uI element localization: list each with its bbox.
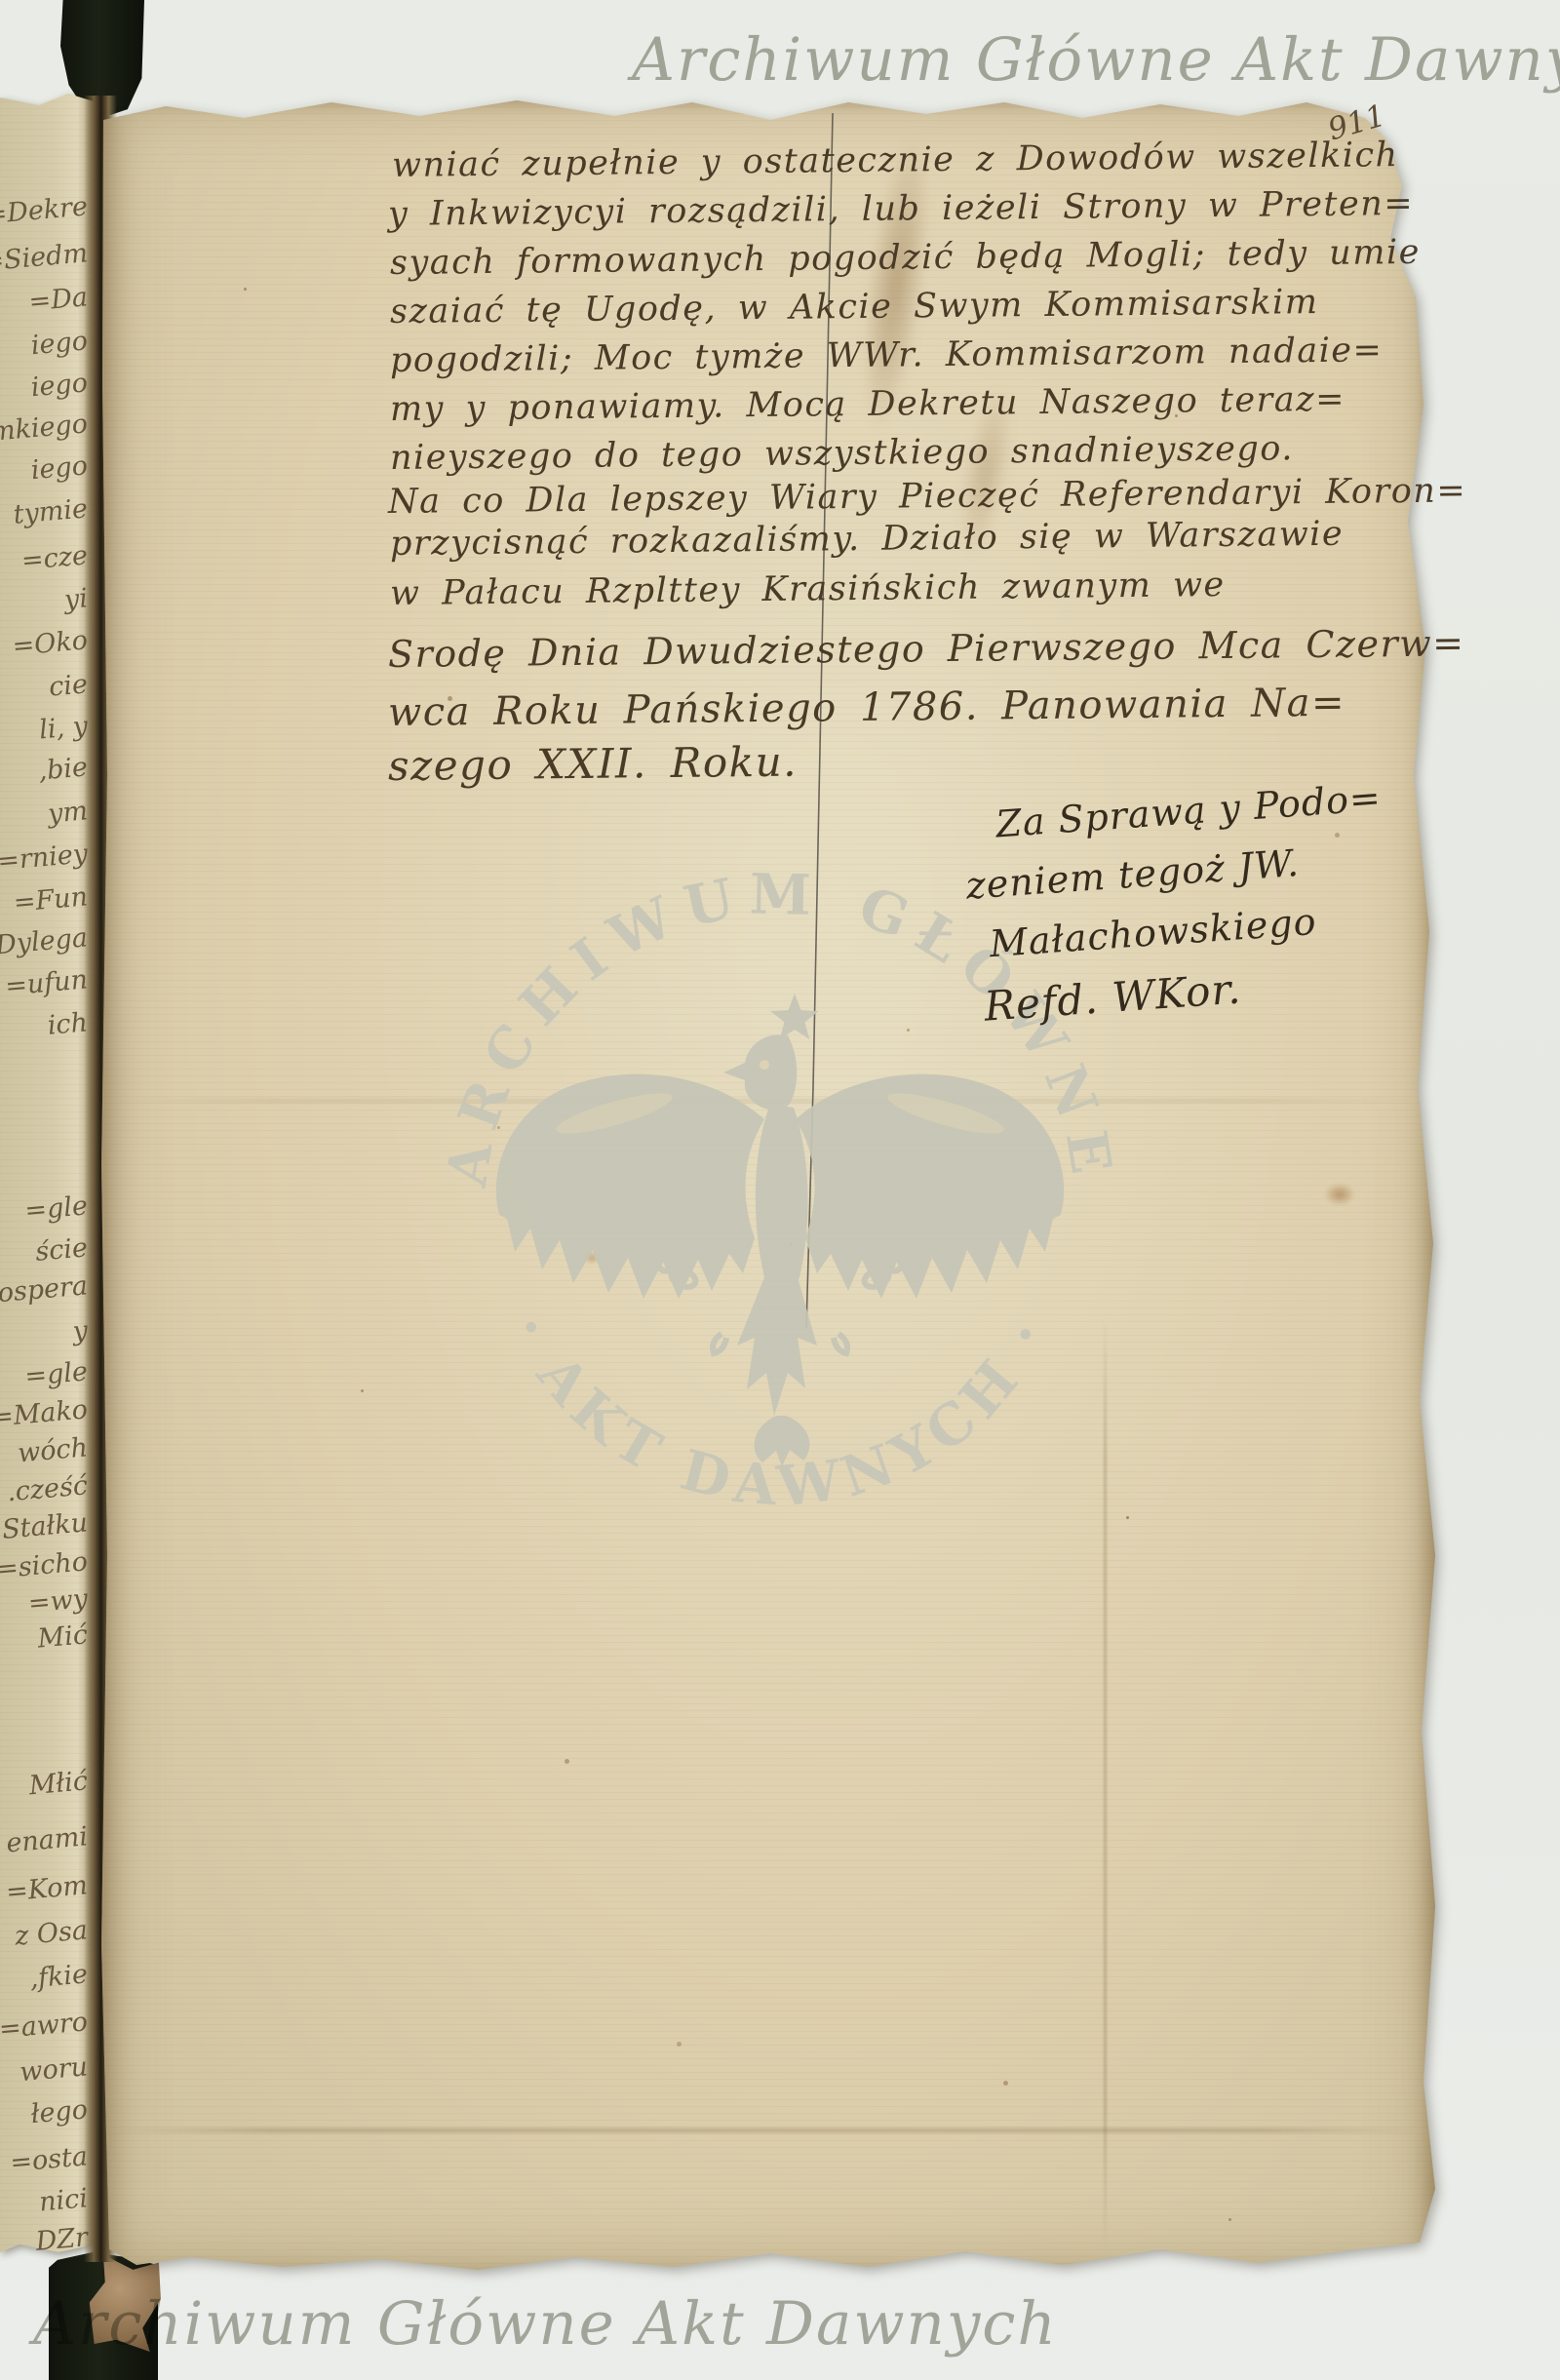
eagle-tail-fleur [755, 1416, 810, 1466]
eagle-right-claw [834, 1334, 847, 1353]
eagle-left-claw [713, 1334, 726, 1353]
signature-block: Za Sprawą y Podo= zeniem tegoż JW. Małac… [960, 778, 1362, 1042]
archive-watermark-top: Archiwum Główne Akt Dawnych [632, 25, 1560, 95]
archive-watermark-bottom: Archiwum Główne Akt Dawnych [33, 2289, 1058, 2359]
eagle-eye [760, 1060, 769, 1070]
eagle-tail [737, 1277, 817, 1416]
eagle-body [756, 1104, 808, 1294]
eagle-crown-star [770, 994, 818, 1039]
manuscript-line: szego XXII. Roku. [388, 738, 799, 790]
archival-document-scan: Archiwum Główne Akt Dawnych Archiwum Głó… [0, 0, 1560, 2380]
